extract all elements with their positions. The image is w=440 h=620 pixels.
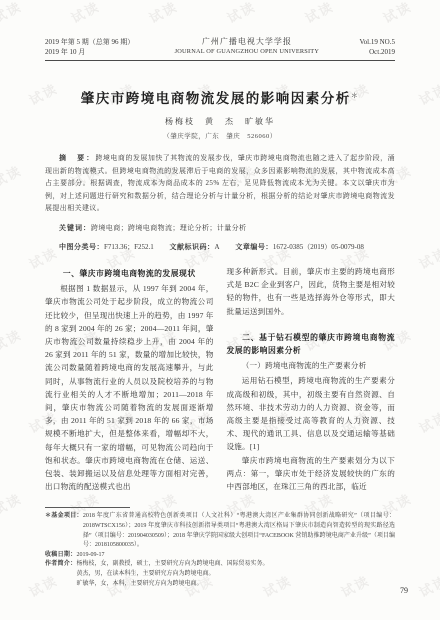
abstract-label: 摘 要： [59,154,95,162]
subsection1-paragraph1: 运用钻石模型，跨境电商物流的生产要素分成高级和初级，其中，初级主要有自然资源、自… [227,374,396,453]
section2-heading: 二、基于钻石模型的肇庆市跨境电商物流发展的影响因素分析 [227,331,396,357]
body-columns: 一、肇庆市跨境电商物流的发展现状 根据图 1 数据显示，从 1997 年到 20… [45,265,395,493]
clc-value: F713.36；F252.1 [104,243,154,251]
author-bio-line-3: 旷敏华，女，本科，主要研究方向为跨境电商。 [77,580,395,590]
section1-paragraph: 根据图 1 数据显示，从 1997 年到 2004 年，肇庆市物流公司处于起步阶… [45,282,214,493]
meta-line: 中图分类号：F713.36；F252.1 文献标识码：A 文章编号：1672-0… [45,241,395,253]
affiliation-line: （肇庆学院，广东 肇庆 526060） [45,131,395,140]
doc-code-value: A [215,243,220,251]
keywords-text: 跨境电商；跨境电商物流；理论分析；计量分析 [91,224,246,232]
journal-issue-block: 2019 年第 5 期（总第 96 期） 2019 年 10 月 [45,37,134,57]
journal-vol-block: Vol.19 NO.5 Oct.2019 [360,37,395,57]
keywords-label: 关键词： [59,224,91,232]
article-id-value: 1672-0385（2019）05-0079-08 [273,243,364,251]
author-bio-row: 作者简介： 杨梅枝，女，副教授，硕士，主要研究方向为跨境电商、国际贸易实务。 黄… [45,560,395,589]
received-date-value: 2019-09-17 [77,551,395,561]
authors-line: 杨梅枝 黄 杰 旷敏华 [45,116,395,127]
column2-continued-paragraph: 现多种新形式。目前，肇庆市主要的跨境电商形式是 B2C 企业到客户，因此，货物主… [227,265,396,318]
footnote-rule [45,507,130,508]
article-title-text: 肇庆市跨境电商物流发展的影响因素分析 [81,91,351,106]
fund-project-text: 2018 年度广东省普通高校特色创新类项目（人文社科）“粤港澳大湾区产业集群协同… [83,512,395,550]
subsection1-heading: （一）跨境电商物流的生产要素分析 [227,359,396,372]
journal-date-en: Oct.2019 [360,47,395,57]
received-date-label: 收稿日期： [45,551,77,561]
journal-vol-no: Vol.19 NO.5 [360,37,395,47]
doc-code-segment: 文献标识码：A [170,243,220,251]
fund-project-row: ＊基金项目： 2018 年度广东省普通高校特色创新类项目（人文社科）“粤港澳大湾… [45,512,395,550]
journal-name-en: JOURNAL OF GUANGZHOU OPEN UNIVERSITY [175,47,319,57]
clc-segment: 中图分类号：F713.36；F252.1 [59,243,154,251]
subsection1-paragraph2: 肇庆市跨境电商物流的生产要素划分为以下两点：第一，肇庆市处于经济发展较快的广东的… [227,454,396,494]
section1-heading: 一、肇庆市跨境电商物流的发展现状 [45,267,214,280]
article-id-label: 文章编号： [235,243,273,251]
title-footnote-mark: ＊ [351,92,360,100]
journal-name-cn: 广州广播电视大学学报 [175,37,319,47]
abstract-text: 跨境电商的发展加快了其物流的发展步伐，肇庆市跨境电商物流也随之进入了起步阶段，涌… [45,154,395,212]
author-bio-lines: 杨梅枝，女，副教授，硕士，主要研究方向为跨境电商、国际贸易实务。 黄杰，男，在读… [77,560,395,589]
author-bio-line-1: 杨梅枝，女，副教授，硕士，主要研究方向为跨境电商、国际贸易实务。 [77,560,395,570]
footnote-block: ＊基金项目： 2018 年度广东省普通高校特色创新类项目（人文社科）“粤港澳大湾… [45,507,395,589]
journal-issue-line1: 2019 年第 5 期（总第 96 期） [45,37,134,47]
author-bio-label: 作者简介： [45,560,77,570]
received-date-row: 收稿日期： 2019-09-17 [45,551,395,561]
left-column: 一、肇庆市跨境电商物流的发展现状 根据图 1 数据显示，从 1997 年到 20… [45,265,214,493]
journal-issue-line2: 2019 年 10 月 [45,47,134,57]
page-content: 2019 年第 5 期（总第 96 期） 2019 年 10 月 广州广播电视大… [0,0,440,589]
page-number: 79 [400,586,408,595]
author-bio-line-2: 黄杰，男，在读本科生，主要研究方向为跨境电商。 [77,570,395,580]
paper-page: 试读试读试读试读试读试读试读试读试读试读试读试读试读试读试读试读试读试读试读试读… [0,0,440,620]
doc-code-label: 文献标识码： [170,243,215,251]
journal-header: 2019 年第 5 期（总第 96 期） 2019 年 10 月 广州广播电视大… [45,0,395,57]
header-rule [45,60,395,61]
keywords-line: 关键词：跨境电商；跨境电商物流；理论分析；计量分析 [45,222,395,234]
fund-project-label: ＊基金项目： [45,512,83,522]
clc-label: 中图分类号： [59,243,104,251]
journal-name-block: 广州广播电视大学学报 JOURNAL OF GUANGZHOU OPEN UNI… [175,37,319,57]
right-column: 现多种新形式。目前，肇庆市主要的跨境电商形式是 B2C 企业到客户，因此，货物主… [227,265,396,493]
abstract-paragraph: 摘 要：跨境电商的发展加快了其物流的发展步伐，肇庆市跨境电商物流也随之进入了起步… [45,152,395,215]
article-title: 肇庆市跨境电商物流发展的影响因素分析＊ [45,87,395,107]
article-id-segment: 文章编号：1672-0385（2019）05-0079-08 [235,243,364,251]
